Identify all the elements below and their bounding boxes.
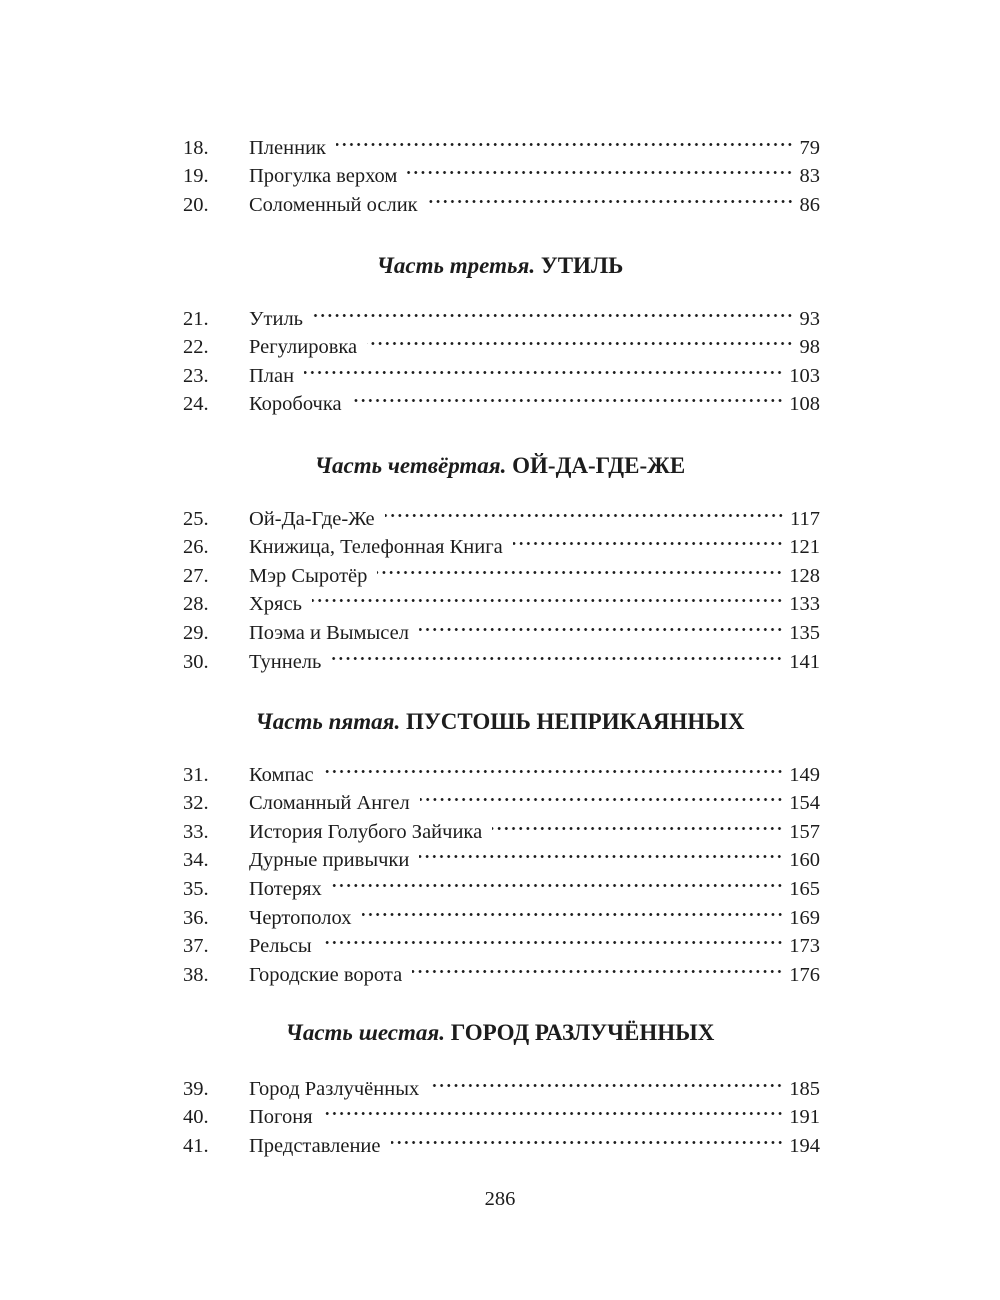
chapter-number: 40.: [183, 1103, 249, 1132]
chapter-number: 36.: [183, 904, 249, 933]
toc-entry: 18. Пленник 79: [183, 125, 820, 154]
chapter-title: Утиль: [249, 305, 313, 334]
dot-leader: [362, 895, 784, 924]
dot-leader: [428, 182, 794, 211]
chapter-number: 22.: [183, 333, 249, 362]
part-label: Часть шестая.: [286, 1020, 445, 1045]
page-number: 176: [783, 961, 820, 990]
toc-entry: 21. Утиль 93: [183, 296, 820, 325]
dot-leader: [312, 582, 783, 611]
dot-leader: [313, 296, 793, 325]
page-number: 133: [783, 590, 820, 619]
page-number: 117: [784, 505, 820, 534]
chapter-number: 29.: [183, 619, 249, 648]
chapter-number: 32.: [183, 789, 249, 818]
page-number: 83: [794, 162, 821, 191]
dot-leader: [336, 125, 793, 154]
chapter-title: Соломенный ослик: [249, 191, 428, 220]
page-number: 103: [783, 362, 820, 391]
chapter-number: 19.: [183, 162, 249, 191]
page-number: 169: [783, 904, 820, 933]
part-name: ПУСТОШЬ НЕПРИКАЯННЫХ: [406, 709, 744, 734]
page-number: 165: [783, 875, 820, 904]
page-number: 141: [783, 648, 820, 677]
page-number: 86: [794, 191, 821, 220]
page-number: 149: [783, 761, 820, 790]
dot-leader: [331, 639, 783, 668]
chapter-number: 24.: [183, 390, 249, 419]
chapter-number: 33.: [183, 818, 249, 847]
chapter-title: Коробочка: [249, 390, 352, 419]
toc-section-part-5: 31. Компас 149 32. Сломанный Ангел 154 3…: [183, 752, 820, 981]
chapter-title: Погоня: [249, 1103, 323, 1132]
dot-leader: [377, 553, 783, 582]
dot-leader: [419, 838, 783, 867]
chapter-title: Пленник: [249, 134, 336, 163]
chapter-title: Потерях: [249, 875, 332, 904]
dot-leader: [385, 496, 784, 525]
page-number: 135: [783, 619, 820, 648]
dot-leader: [420, 781, 784, 810]
page-number: 191: [783, 1103, 820, 1132]
page-number: 121: [783, 533, 820, 562]
dot-leader: [332, 866, 783, 895]
page-number: 157: [783, 818, 820, 847]
part-label: Часть третья.: [377, 253, 535, 278]
part-heading: Часть четвёртая. ОЙ-ДА-ГДЕ-ЖЕ: [0, 451, 1000, 481]
part-heading: Часть шестая. ГОРОД РАЗЛУЧЁННЫХ: [0, 1018, 1000, 1048]
page-number: 79: [794, 134, 821, 163]
chapter-number: 20.: [183, 191, 249, 220]
chapter-number: 34.: [183, 846, 249, 875]
toc-entry: 39. Город Разлучённых 185: [183, 1066, 820, 1095]
dot-leader: [513, 525, 784, 554]
chapter-number: 38.: [183, 961, 249, 990]
dot-leader: [407, 154, 793, 183]
chapter-number: 35.: [183, 875, 249, 904]
dot-leader: [429, 1066, 783, 1095]
page-folio: 286: [0, 1185, 1000, 1213]
chapter-number: 27.: [183, 562, 249, 591]
page-number: 154: [783, 789, 820, 818]
part-heading: Часть пятая. ПУСТОШЬ НЕПРИКАЯННЫХ: [0, 707, 1000, 737]
page-number: 128: [783, 562, 820, 591]
chapter-number: 37.: [183, 932, 249, 961]
dot-leader: [352, 382, 784, 411]
toc-entry: 31. Компас 149: [183, 752, 820, 781]
chapter-title: Рельсы: [249, 932, 322, 961]
page-number: 108: [783, 390, 820, 419]
part-label: Часть пятая.: [256, 709, 401, 734]
toc-section-part-3: 21. Утиль 93 22. Регулировка 98 23. План…: [183, 296, 820, 410]
part-heading: Часть третья. УТИЛЬ: [0, 251, 1000, 281]
chapter-title: Ой-Да-Где-Же: [249, 505, 385, 534]
chapter-number: 25.: [183, 505, 249, 534]
part-name: ОЙ-ДА-ГДЕ-ЖЕ: [512, 453, 685, 478]
chapter-title: Прогулка верхом: [249, 162, 407, 191]
chapter-number: 28.: [183, 590, 249, 619]
chapter-number: 21.: [183, 305, 249, 334]
dot-leader: [419, 610, 783, 639]
chapter-title: Представление: [249, 1132, 391, 1161]
chapter-number: 26.: [183, 533, 249, 562]
page-number: 93: [794, 305, 821, 334]
dot-leader: [304, 353, 783, 382]
chapter-title: Компас: [249, 761, 324, 790]
chapter-number: 30.: [183, 648, 249, 677]
chapter-title: Сломанный Ангел: [249, 789, 420, 818]
page-number: 98: [794, 333, 821, 362]
dot-leader: [492, 809, 783, 838]
chapter-title: Городские ворота: [249, 961, 412, 990]
chapter-title: План: [249, 362, 304, 391]
chapter-number: 18.: [183, 134, 249, 163]
page-number: 185: [783, 1075, 820, 1104]
toc-section-continued: 18. Пленник 79 19. Прогулка верхом 83 20…: [183, 125, 820, 211]
part-name: ГОРОД РАЗЛУЧЁННЫХ: [451, 1020, 715, 1045]
dot-leader: [322, 924, 784, 953]
page-number: 194: [783, 1132, 820, 1161]
page-number: 173: [783, 932, 820, 961]
chapter-number: 23.: [183, 362, 249, 391]
chapter-title: Хрясь: [249, 590, 312, 619]
dot-leader: [412, 952, 783, 981]
toc-section-part-6: 39. Город Разлучённых 185 40. Погоня 191…: [183, 1066, 820, 1152]
toc-entry: 25. Ой-Да-Где-Же 117: [183, 496, 820, 525]
chapter-number: 41.: [183, 1132, 249, 1161]
toc-page: 18. Пленник 79 19. Прогулка верхом 83 20…: [0, 0, 1000, 1300]
part-label: Часть четвёртая.: [315, 453, 507, 478]
page-number: 160: [783, 846, 820, 875]
part-name: УТИЛЬ: [541, 253, 623, 278]
chapter-number: 31.: [183, 761, 249, 790]
chapter-number: 39.: [183, 1075, 249, 1104]
toc-section-part-4: 25. Ой-Да-Где-Же 117 26. Книжица, Телефо…: [183, 496, 820, 668]
dot-leader: [323, 1095, 784, 1124]
dot-leader: [391, 1123, 784, 1152]
chapter-title: Туннель: [249, 648, 331, 677]
dot-leader: [367, 325, 793, 354]
dot-leader: [324, 752, 784, 781]
